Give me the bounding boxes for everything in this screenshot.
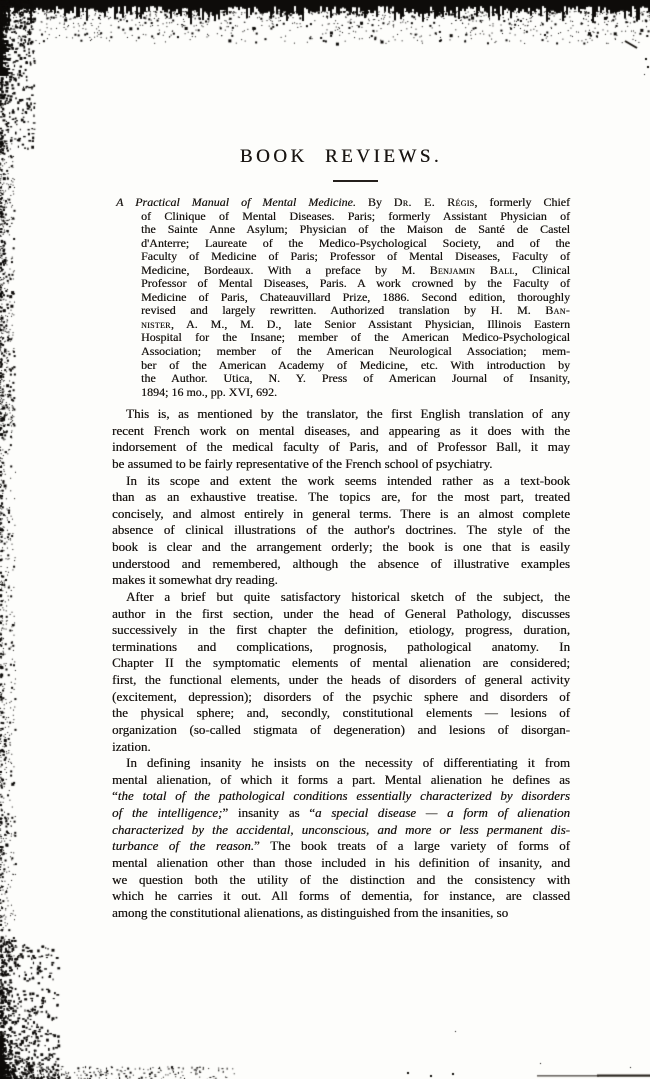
text-segment: book is clear and the arrangement orderl… [112, 539, 570, 554]
text-segment: of the intelligence; [112, 805, 222, 820]
text-segment: Medicine, Bordeaux. With a preface by M. [141, 263, 430, 277]
paragraph: In its scope and extent the work seems i… [112, 473, 570, 589]
text-segment: In its scope and extent the work seems i… [126, 473, 570, 488]
text-segment: revised and largely rewritten. Authorize… [141, 303, 545, 317]
text-segment: mental alienation other than those inclu… [112, 855, 570, 870]
text-segment: than as an exhaustive treatise. The topi… [112, 489, 570, 504]
text-segment: , formerly Chief [474, 195, 570, 209]
text-line: of Clinique of Mental Diseases. Paris; f… [141, 210, 570, 224]
text-line: Faculty of Medicine of Paris; Professor … [141, 250, 570, 264]
text-line: the physical sphere; and, secondly, cons… [112, 705, 570, 722]
text-line: nister, A. M., M. D., late Senior Assist… [141, 318, 570, 332]
text-segment: ” insanity as “ [222, 805, 315, 820]
text-segment: the physical sphere; and, secondly, cons… [112, 705, 570, 720]
paragraph: After a brief but quite satisfactory his… [112, 589, 570, 755]
text-line: first, the functional elements, under th… [112, 672, 570, 689]
text-segment: the Sainte Anne Asylum; Physician of the… [141, 222, 570, 236]
text-segment: , Clinical [515, 263, 570, 277]
text-segment: Faculty of Medicine of Paris; Professor … [141, 249, 570, 263]
text-line: absence of clinical illustrations of the… [112, 522, 570, 539]
text-segment: recent French work on mental diseases, a… [112, 423, 570, 438]
text-line: successively in the first chapter the de… [112, 622, 570, 639]
text-segment: In defining insanity he insists on the n… [126, 755, 570, 770]
text-line: turbance of the reason.” The book treats… [112, 838, 570, 855]
text-line: (excitement, depression); disorders of t… [112, 689, 570, 706]
text-segment: Medicine of Paris, Chateauvillard Prize,… [141, 290, 570, 304]
text-segment: This is, as mentioned by the translator,… [126, 406, 570, 421]
text-segment: concisely, and almost entirely in genera… [112, 506, 570, 521]
text-line: After a brief but quite satisfactory his… [112, 589, 570, 606]
text-segment: A Practical Manual of Mental Medicine. [116, 195, 356, 209]
text-segment: the total of the pathological conditions… [118, 788, 570, 803]
text-segment: the Author. Utica, N. Y. Press of Americ… [141, 371, 570, 385]
paragraph: In defining insanity he insists on the n… [112, 755, 570, 921]
text-segment: Ban- [545, 303, 570, 317]
text-line: concisely, and almost entirely in genera… [112, 506, 570, 523]
title-divider-rule [333, 180, 378, 182]
text-segment: absence of clinical illustrations of the… [112, 522, 570, 537]
text-line: recent French work on mental diseases, a… [112, 423, 570, 440]
text-line: mental alienation, of which it forms a p… [112, 772, 570, 789]
text-segment: a special disease — a form of alienation [315, 805, 570, 820]
text-segment: among the constitutional alienations, as… [112, 905, 508, 920]
text-line: Hospital for the Insane; member of the A… [141, 331, 570, 345]
text-segment: which he carries it out. All forms of de… [112, 888, 570, 903]
text-segment: of Clinique of Mental Diseases. Paris; f… [141, 209, 570, 223]
text-segment: be assumed to be fairly representative o… [112, 456, 492, 471]
text-segment: (excitement, depression); disorders of t… [112, 689, 570, 704]
text-line: Professor of Mental Diseases, Paris. A w… [141, 277, 570, 291]
text-segment: author in the first section, under the h… [112, 606, 570, 621]
text-line: be assumed to be fairly representative o… [112, 456, 570, 473]
text-line: d'Anterre; Laureate of the Medico-Psycho… [141, 237, 570, 251]
text-line: author in the first section, under the h… [112, 606, 570, 623]
citation-block: A Practical Manual of Mental Medicine. B… [116, 196, 570, 399]
text-segment: Benjamin Ball [430, 263, 515, 277]
text-segment: characterized by the accidental, unconsc… [112, 822, 570, 837]
text-line: ber of the American Academy of Medicine,… [141, 359, 570, 373]
text-segment: , A. M., M. D., late Senior Assistant Ph… [171, 317, 570, 331]
text-line: understood and remembered, although the … [112, 556, 570, 573]
text-segment: successively in the first chapter the de… [112, 622, 570, 637]
text-segment: ” The book treats of a large variety of … [254, 838, 570, 853]
text-line: In its scope and extent the work seems i… [112, 473, 570, 490]
text-line: This is, as mentioned by the translator,… [112, 406, 570, 423]
text-segment: nister [141, 317, 171, 331]
text-line: characterized by the accidental, unconsc… [112, 822, 570, 839]
text-segment: After a brief but quite satisfactory his… [126, 589, 570, 604]
text-segment: indorsement of the medical faculty of Pa… [112, 439, 570, 454]
text-segment: Chapter II the symptomatic elements of m… [112, 655, 570, 670]
text-segment: organization (so-called stigmata of dege… [112, 722, 570, 737]
text-line: makes it somewhat dry reading. [112, 572, 570, 589]
review-body: This is, as mentioned by the translator,… [112, 406, 570, 921]
text-line: which he carries it out. All forms of de… [112, 888, 570, 905]
text-segment: d'Anterre; Laureate of the Medico-Psycho… [141, 236, 570, 250]
text-segment: ization. [112, 739, 151, 754]
text-line: Medicine, Bordeaux. With a preface by M.… [141, 264, 570, 278]
text-line: the Sainte Anne Asylum; Physician of the… [141, 223, 570, 237]
text-line: In defining insanity he insists on the n… [112, 755, 570, 772]
text-line: ization. [112, 739, 570, 756]
text-line: Association; member of the American Neur… [141, 345, 570, 359]
text-segment: By [356, 195, 394, 209]
text-line: Chapter II the symptomatic elements of m… [112, 655, 570, 672]
text-segment: terminations and complications, prognosi… [112, 639, 570, 654]
text-line: of the intelligence;” insanity as “a spe… [112, 805, 570, 822]
text-segment: Dr. E. Régis [394, 195, 475, 209]
text-line: revised and largely rewritten. Authorize… [141, 304, 570, 318]
text-line: terminations and complications, prognosi… [112, 639, 570, 656]
text-line: we question both the utility of the dist… [112, 872, 570, 889]
text-line: among the constitutional alienations, as… [112, 905, 570, 922]
text-line: Medicine of Paris, Chateauvillard Prize,… [141, 291, 570, 305]
text-line: organization (so-called stigmata of dege… [112, 722, 570, 739]
text-segment: ber of the American Academy of Medicine,… [141, 358, 570, 372]
text-segment: mental alienation, of which it forms a p… [112, 772, 570, 787]
text-segment: understood and remembered, although the … [112, 556, 570, 571]
text-line: book is clear and the arrangement orderl… [112, 539, 570, 556]
text-line: A Practical Manual of Mental Medicine. B… [116, 196, 570, 210]
text-line: 1894; 16 mo., pp. XVI, 692. [141, 386, 570, 400]
text-segment: Association; member of the American Neur… [141, 344, 570, 358]
text-segment: we question both the utility of the dist… [112, 872, 570, 887]
text-line: indorsement of the medical faculty of Pa… [112, 439, 570, 456]
text-line: the Author. Utica, N. Y. Press of Americ… [141, 372, 570, 386]
text-segment: 1894; 16 mo., pp. XVI, 692. [141, 385, 277, 399]
paragraph: This is, as mentioned by the translator,… [112, 406, 570, 473]
text-line: than as an exhaustive treatise. The topi… [112, 489, 570, 506]
text-segment: makes it somewhat dry reading. [112, 572, 278, 587]
text-segment: Hospital for the Insane; member of the A… [141, 330, 570, 344]
text-segment: first, the functional elements, under th… [112, 672, 570, 687]
scanned-page: BOOK REVIEWS. A Practical Manual of Ment… [0, 0, 650, 1079]
text-segment: turbance of the reason. [112, 838, 254, 853]
text-line: mental alienation other than those inclu… [112, 855, 570, 872]
text-segment: Professor of Mental Diseases, Paris. A w… [141, 276, 570, 290]
text-line: “the total of the pathological condition… [112, 788, 570, 805]
page-title: BOOK REVIEWS. [112, 146, 570, 168]
